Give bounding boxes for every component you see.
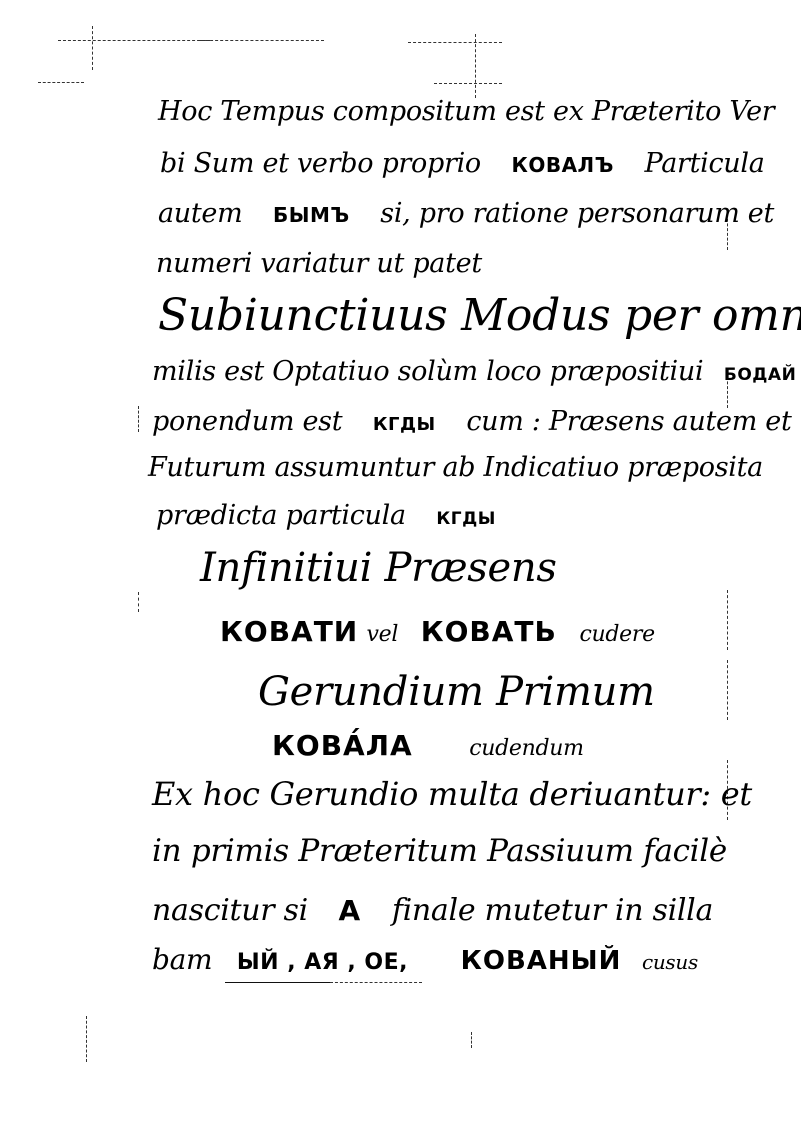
manuscript-page: Hoc Tempus compositum est ex Præterito V… [0,0,801,1132]
margin-mark-bottom-left [86,1016,87,1062]
latin-text: milis est Optatiuo solùm loco præpositiu… [152,356,703,387]
cyrillic-endings: ЫЙ , АЯ , ОЕ, [237,950,408,975]
latin-text: autem [158,198,242,229]
text-line-16: nascitur si А finale mutetur in silla [152,896,713,926]
cyrillic-word: БОДАЙ [724,365,796,385]
crop-mark-top-right-h [408,42,502,43]
text-line-6: milis est Optatiuo solùm loco præpositiu… [152,358,796,385]
latin-text: Futurum assumuntur ab Indicatiuo præposi… [148,452,763,483]
latin-text: prædicta particula [156,500,406,531]
latin-text: numeri variatur ut patet [156,248,482,279]
latin-text: Ex hoc Gerundio multa deriuantur: et [152,775,752,813]
heading-text: Gerundium Primum [258,669,655,715]
underline-rule-dotted [330,982,422,983]
latin-text: bi Sum et verbo proprio [160,148,481,179]
crop-mark-top-left-h2 [38,82,84,83]
margin-mark-left-1 [138,406,139,432]
text-line-17: bam ЫЙ , АЯ , ОЕ, КОВАНЫЙ cusus [152,946,698,974]
text-line-11: КОВАТИ vel КОВАТЬ cudere [220,618,655,646]
crop-mark-top-left-v [92,26,93,70]
text-line-9: prædicta particula КГДЫ [156,502,496,529]
text-line-3: autem БЫМЪ si, pro ratione personarum et [158,200,774,227]
cyrillic-word: КГДЫ [373,414,436,435]
text-line-7: ponendum est КГДЫ cum : Præsens autem et [152,408,792,435]
text-line-1: Hoc Tempus compositum est ex Præterito V… [158,98,774,125]
text-line-4: numeri variatur ut patet [156,250,482,277]
cyrillic-word: КОВАТИ [220,615,358,648]
latin-text: bam [152,943,212,976]
heading-text: Infinitiui Præsens [200,545,557,591]
cyrillic-word: КОВАЛЪ [511,153,613,177]
latin-text: in primis Præteritum Passiuum facilè [152,833,727,869]
margin-mark-bottom-right [471,1032,472,1048]
crop-mark-top-right-h2 [434,83,502,84]
crop-mark-top-center [200,40,324,41]
heading-text: Subiunctiuus Modus per omnia si- [158,290,801,341]
crop-mark-top-right-v [475,34,476,98]
cyrillic-letter: А [339,894,362,927]
margin-mark-left-2 [138,592,139,612]
cyrillic-word: КОВА́ЛА [272,729,413,762]
margin-mark-right-3 [727,590,728,650]
latin-text: ponendum est [152,406,342,437]
text-line-15: in primis Præteritum Passiuum facilè [152,836,727,867]
latin-text: finale mutetur in silla [392,893,713,928]
cyrillic-word: КОВАТЬ [421,615,557,648]
text-line-2: bi Sum et verbo proprio КОВАЛЪ Particula [160,150,765,177]
latin-text: cusus [642,950,698,974]
latin-text: vel [367,622,399,647]
text-line-13: КОВА́ЛА cudendum [272,732,584,760]
latin-text: si, pro ratione personarum et [380,198,774,229]
margin-mark-right-4 [727,660,728,720]
heading-infinitiui-praesens: Infinitiui Præsens [200,548,557,588]
underline-rule [225,982,330,983]
text-line-14: Ex hoc Gerundio multa deriuantur: et [152,778,752,810]
latin-text: cudere [579,622,654,647]
latin-text: nascitur si [152,893,308,928]
heading-subiunctiuus-modus: Subiunctiuus Modus per omnia si- [158,294,801,338]
latin-text: Particula [645,148,765,179]
heading-gerundium-primum: Gerundium Primum [258,672,655,712]
cyrillic-word: КОВАНЫЙ [461,946,622,976]
crop-mark-top-left-h [58,40,210,41]
latin-text: Hoc Tempus compositum est ex Præterito V… [158,96,774,127]
cyrillic-word: КГДЫ [436,509,495,529]
latin-text: cum : Præsens autem et [466,406,791,437]
cyrillic-word: БЫМЪ [273,203,350,227]
latin-text: cudendum [469,736,583,761]
text-line-8: Futurum assumuntur ab Indicatiuo præposi… [148,454,763,481]
